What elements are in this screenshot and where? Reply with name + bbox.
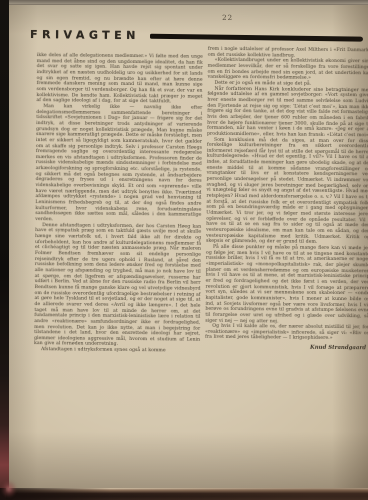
photographed-magazine-page: 22 FRIVAGTEN ikke deles af alle delegati…	[0, 0, 368, 500]
paragraph: På alle disse punkter og måske på mange …	[205, 245, 368, 326]
page-number: 22	[222, 14, 233, 22]
masthead-rule	[150, 34, 363, 41]
masthead-row: FRIVAGTEN	[30, 28, 363, 44]
bottom-left-red-blotch	[1, 480, 17, 498]
paragraph: Denne afstandtagen i udtryksformen, der …	[34, 223, 201, 349]
right-text-column: frem i nogle udtalelser af professor Axe…	[205, 47, 368, 352]
paragraph: ikke deles af alle delegationens medlemm…	[36, 53, 202, 105]
magazine-paper: 22 FRIVAGTEN ikke deles af alle delegati…	[9, 5, 368, 490]
photo-bottom-shading	[0, 488, 368, 500]
page-content: 22 FRIVAGTEN ikke deles af alle delegati…	[5, 5, 368, 493]
paragraph: Man kan virkelig ikke — navnlig ikke eft…	[35, 104, 202, 224]
paragraph: Når forfatteren Hans Kirk konkluderer si…	[207, 86, 368, 138]
paragraph: Som konklusion må det da siges, at man o…	[206, 137, 368, 246]
paragraph: Afstandtagen i udtryksformen synes også …	[34, 347, 200, 354]
right-column-paragraphs: frem i nogle udtalelser af professor Axe…	[205, 47, 368, 343]
author-signature: Knud Strandgaard	[205, 344, 368, 352]
masthead-title: FRIVAGTEN	[30, 28, 140, 42]
left-text-column: ikke deles af alle delegationens medlemm…	[34, 53, 203, 354]
paragraph: «Kollektivlandbruget under en kollektivi…	[208, 58, 368, 82]
photo-left-edge	[0, 0, 9, 500]
paragraph: Og hvis I vil kalde alle os, der nærer a…	[205, 324, 368, 343]
